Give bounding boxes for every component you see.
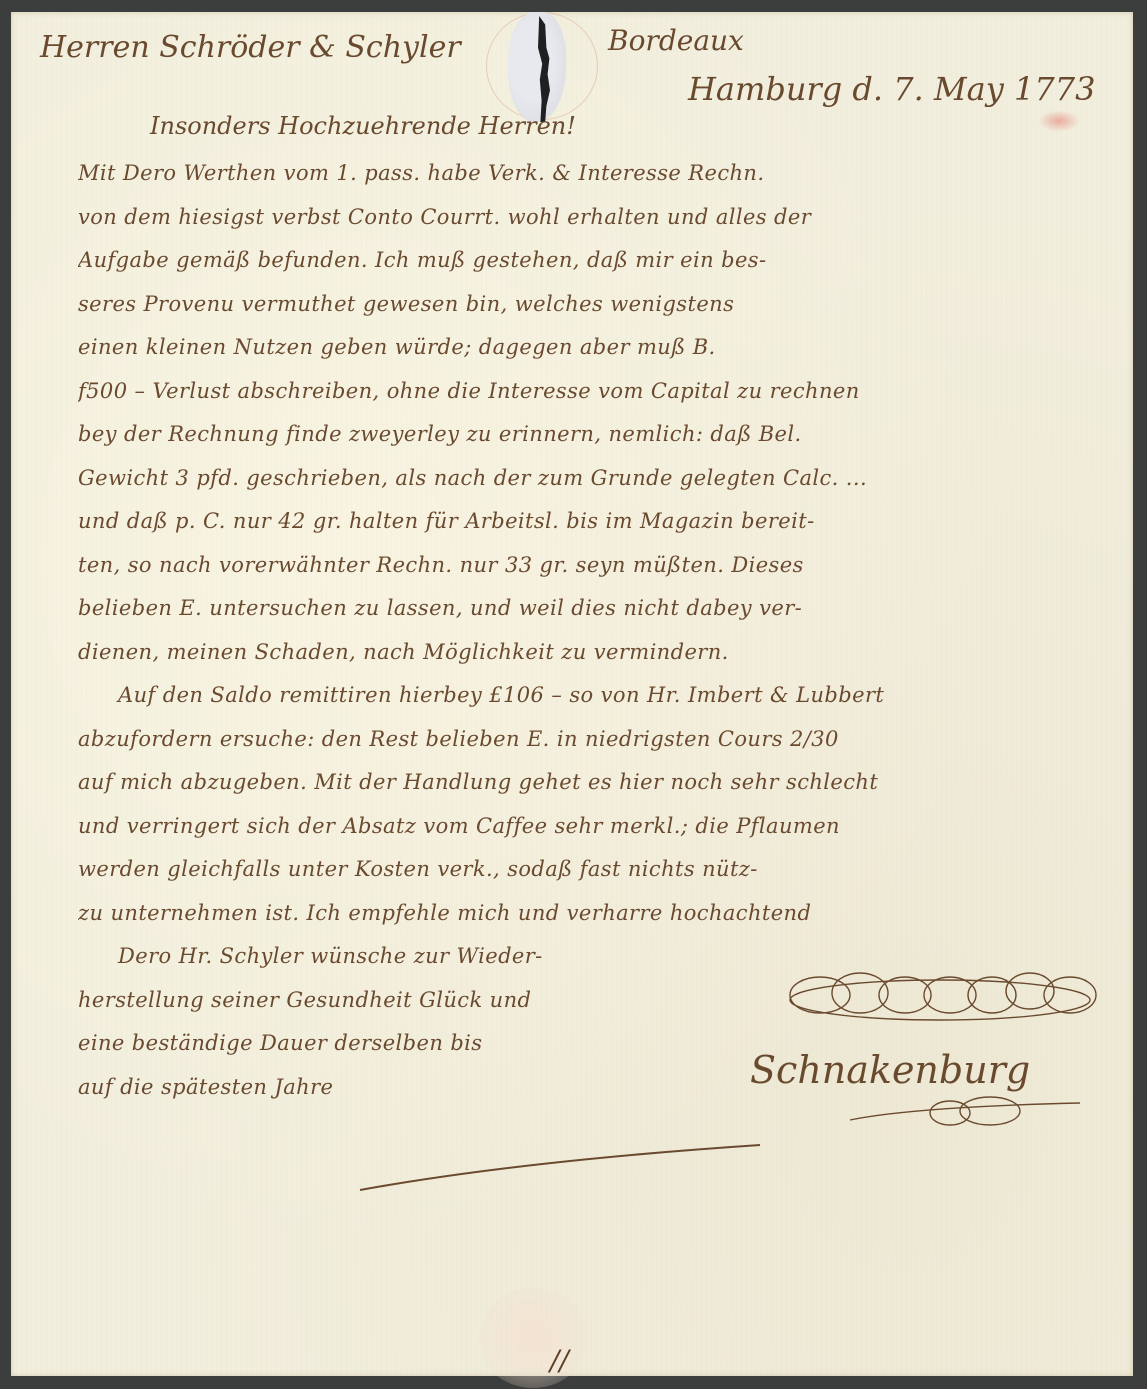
body-line: belieben E. untersuchen zu lassen, und w…	[78, 587, 1128, 631]
torn-seal-hole	[508, 12, 566, 122]
place-and-date: Hamburg d. 7. May 1773	[688, 70, 1095, 108]
signature-flourish-icon	[780, 955, 1120, 1025]
body-line: auf mich abzugeben. Mit der Handlung geh…	[78, 761, 1128, 805]
body-line: Auf den Saldo remittiren hierbey £106 – …	[78, 674, 1128, 718]
destination: Bordeaux	[608, 24, 744, 57]
paper-stain	[478, 1288, 588, 1388]
body-line: und verringert sich der Absatz vom Caffe…	[78, 805, 1128, 849]
body-line: von dem hiesigst verbst Conto Courrt. wo…	[78, 196, 1128, 240]
body-line: ƒ500 – Verlust abschreiben, ohne die Int…	[78, 370, 1128, 414]
body-line: ten, so nach vorerwähnter Rechn. nur 33 …	[78, 544, 1128, 588]
body-line: Mit Dero Werthen vom 1. pass. habe Verk.…	[78, 152, 1128, 196]
addressee: Herren Schröder & Schyler	[40, 30, 461, 65]
closing-stroke-icon	[350, 1140, 770, 1200]
red-wax-trace	[1038, 110, 1080, 132]
signature-underline-icon	[840, 1085, 1100, 1135]
salutation: Insonders Hochzuehrende Herren!	[150, 112, 576, 140]
body-line: und daß p. C. nur 42 gr. halten für Arbe…	[78, 500, 1128, 544]
body-line: Aufgabe gemäß befunden. Ich muß gestehen…	[78, 239, 1128, 283]
body-line: dienen, meinen Schaden, nach Möglichkeit…	[78, 631, 1128, 675]
page-mark: //	[550, 1344, 569, 1377]
body-line: Gewicht 3 pfd. geschrieben, als nach der…	[78, 457, 1128, 501]
body-line: bey der Rechnung finde zweyerley zu erin…	[78, 413, 1128, 457]
body-line: zu unternehmen ist. Ich empfehle mich un…	[78, 892, 1128, 936]
body-line: werden gleichfalls unter Kosten verk., s…	[78, 848, 1128, 892]
body-line: abzufordern ersuche: den Rest belieben E…	[78, 718, 1128, 762]
body-line: einen kleinen Nutzen geben würde; dagege…	[78, 326, 1128, 370]
body-line: seres Provenu vermuthet gewesen bin, wel…	[78, 283, 1128, 327]
